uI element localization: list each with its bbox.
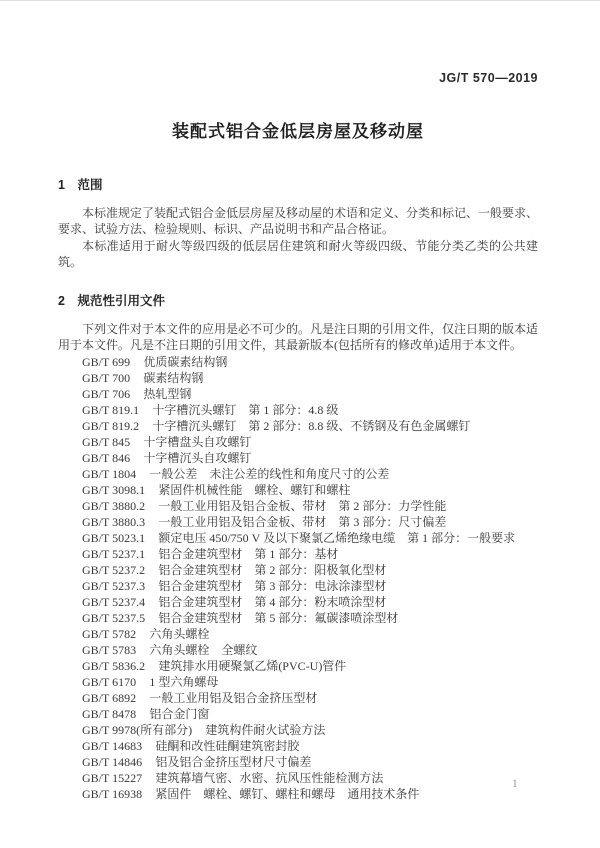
reference-code: GB/T 8478 (82, 707, 136, 721)
reference-row: GB/T 14683硅酮和改性硅酮建筑密封胶 (58, 738, 538, 754)
reference-code: GB/T 846 (82, 451, 130, 465)
reference-code: GB/T 819.1 (82, 403, 139, 417)
reference-code: GB/T 15227 (82, 771, 142, 785)
scope-paragraph-2: 本标准适用于耐火等级四级的低层居住建筑和耐火等级四级、节能分类乙类的公共建筑。 (58, 238, 538, 271)
reference-row: GB/T 61701 型六角螺母 (58, 674, 538, 690)
reference-title: 硅酮和改性硅酮建筑密封胶 (142, 739, 299, 753)
reference-row: GB/T 819.2十字槽沉头螺钉 第 2 部分：8.8 级、不锈钢及有色金属螺… (58, 418, 538, 434)
reference-code: GB/T 5023.1 (82, 531, 145, 545)
reference-code: GB/T 700 (82, 371, 130, 385)
reference-row: GB/T 699优质碳素结构钢 (58, 354, 538, 370)
page-number: 1 (512, 778, 518, 790)
reference-title: 铝合金建筑型材 第 4 部分：粉末喷涂型材 (145, 595, 386, 609)
section-1-heading: 1范围 (58, 177, 538, 193)
reference-title: 六角头螺栓 全螺纹 (136, 643, 257, 657)
reference-code: GB/T 6892 (82, 691, 136, 705)
scope-paragraph-1: 本标准规定了装配式铝合金低层房屋及移动屋的术语和定义、分类和标记、一般要求、要求… (58, 205, 538, 238)
reference-code: GB/T 16938 (82, 787, 142, 801)
reference-row: GB/T 5782六角头螺栓 (58, 626, 538, 642)
reference-title: 十字槽沉头自攻螺钉 (130, 451, 251, 465)
reference-row: GB/T 5836.2建筑排水用硬聚氯乙烯(PVC-U)管件 (58, 658, 538, 674)
reference-code: GB/T 9978(所有部分) (82, 723, 192, 737)
reference-row: GB/T 3880.2一般工业用铝及铝合金板、带材 第 2 部分：力学性能 (58, 498, 538, 514)
reference-code: GB/T 3098.1 (82, 483, 145, 497)
section-2-heading: 2规范性引用文件 (58, 293, 538, 309)
reference-code: GB/T 706 (82, 387, 130, 401)
reference-code: GB/T 3880.2 (82, 499, 145, 513)
reference-row: GB/T 700碳素结构钢 (58, 370, 538, 386)
reference-code: GB/T 819.2 (82, 419, 139, 433)
reference-title: 优质碳素结构钢 (130, 355, 227, 369)
reference-row: GB/T 6892一般工业用铝及铝合金挤压型材 (58, 690, 538, 706)
reference-row: GB/T 5023.1额定电压 450/750 V 及以下聚氯乙烯绝缘电缆 第 … (58, 530, 538, 546)
reference-code: GB/T 699 (82, 355, 130, 369)
reference-title: 铝合金门窗 (136, 707, 209, 721)
reference-row: GB/T 5783六角头螺栓 全螺纹 (58, 642, 538, 658)
reference-row: GB/T 5237.3铝合金建筑型材 第 3 部分：电泳涂漆型材 (58, 578, 538, 594)
reference-row: GB/T 819.1十字槽沉头螺钉 第 1 部分：4.8 级 (58, 402, 538, 418)
reference-row: GB/T 1804一般公差 未注公差的线性和角度尺寸的公差 (58, 466, 538, 482)
reference-title: 额定电压 450/750 V 及以下聚氯乙烯绝缘电缆 第 1 部分：一般要求 (145, 531, 515, 545)
reference-row: GB/T 8478铝合金门窗 (58, 706, 538, 722)
reference-code: GB/T 14846 (82, 755, 142, 769)
section-1-number: 1 (58, 177, 65, 193)
reference-code: GB/T 5836.2 (82, 659, 145, 673)
reference-code: GB/T 845 (82, 435, 130, 449)
section-1-title: 范围 (77, 178, 102, 192)
reference-row: GB/T 16938紧固件 螺栓、螺钉、螺柱和螺母 通用技术条件 (58, 786, 538, 802)
reference-row: GB/T 3880.3一般工业用铝及铝合金板、带材 第 3 部分：尺寸偏差 (58, 514, 538, 530)
reference-title: 热轧型钢 (130, 387, 191, 401)
section-2-title: 规范性引用文件 (77, 294, 165, 308)
document-code: JG/T 570—2019 (58, 71, 538, 85)
reference-title: 一般工业用铝及铝合金板、带材 第 2 部分：力学性能 (145, 499, 446, 513)
reference-code: GB/T 6170 (82, 675, 136, 689)
reference-code: GB/T 5782 (82, 627, 136, 641)
reference-row: GB/T 5237.5铝合金建筑型材 第 5 部分：氟碳漆喷涂型材 (58, 610, 538, 626)
reference-code: GB/T 3880.3 (82, 515, 145, 529)
reference-row: GB/T 706热轧型钢 (58, 386, 538, 402)
reference-title: 铝合金建筑型材 第 2 部分：阳极氧化型材 (145, 563, 386, 577)
standard-document-page: JG/T 570—2019 装配式铝合金低层房屋及移动屋 1范围 本标准规定了装… (0, 0, 600, 848)
reference-title: 铝合金建筑型材 第 1 部分：基材 (145, 547, 338, 561)
reference-row: GB/T 9978(所有部分)建筑构件耐火试验方法 (58, 722, 538, 738)
reference-title: 十字槽盘头自攻螺钉 (130, 435, 251, 449)
reference-row: GB/T 3098.1紧固件机械性能 螺栓、螺钉和螺柱 (58, 482, 538, 498)
reference-code: GB/T 5237.3 (82, 579, 145, 593)
reference-code: GB/T 5237.1 (82, 547, 145, 561)
section-2-number: 2 (58, 293, 65, 309)
reference-row: GB/T 14846铝及铝合金挤压型材尺寸偏差 (58, 754, 538, 770)
reference-code: GB/T 14683 (82, 739, 142, 753)
normative-references-intro: 下列文件对于本文件的应用是必不可少的。凡是注日期的引用文件，仅注日期的版本适用于… (58, 321, 538, 354)
reference-code: GB/T 1804 (82, 467, 136, 481)
reference-title: 铝及铝合金挤压型材尺寸偏差 (142, 755, 311, 769)
reference-code: GB/T 5237.2 (82, 563, 145, 577)
reference-title: 建筑排水用硬聚氯乙烯(PVC-U)管件 (145, 659, 346, 673)
reference-title: 六角头螺栓 (136, 627, 209, 641)
normative-references-list: GB/T 699优质碳素结构钢 GB/T 700碳素结构钢 GB/T 706热轧… (58, 354, 538, 802)
reference-row: GB/T 5237.4铝合金建筑型材 第 4 部分：粉末喷涂型材 (58, 594, 538, 610)
reference-title: 1 型六角螺母 (136, 675, 218, 689)
reference-title: 碳素结构钢 (130, 371, 203, 385)
reference-title: 十字槽沉头螺钉 第 1 部分：4.8 级 (139, 403, 338, 417)
reference-title: 紧固件机械性能 螺栓、螺钉和螺柱 (145, 483, 350, 497)
reference-title: 紧固件 螺栓、螺钉、螺柱和螺母 通用技术条件 (142, 787, 419, 801)
reference-title: 建筑构件耐火试验方法 (192, 723, 325, 737)
reference-code: GB/T 5783 (82, 643, 136, 657)
reference-title: 十字槽沉头螺钉 第 2 部分：8.8 级、不锈钢及有色金属螺钉 (139, 419, 470, 433)
reference-row: GB/T 5237.2铝合金建筑型材 第 2 部分：阳极氧化型材 (58, 562, 538, 578)
reference-row: GB/T 15227建筑幕墙气密、水密、抗风压性能检测方法 (58, 770, 538, 786)
page-title: 装配式铝合金低层房屋及移动屋 (58, 121, 538, 143)
reference-title: 建筑幕墙气密、水密、抗风压性能检测方法 (142, 771, 383, 785)
reference-row: GB/T 846十字槽沉头自攻螺钉 (58, 450, 538, 466)
reference-title: 铝合金建筑型材 第 5 部分：氟碳漆喷涂型材 (145, 611, 398, 625)
reference-title: 一般公差 未注公差的线性和角度尺寸的公差 (136, 467, 389, 481)
reference-row: GB/T 5237.1铝合金建筑型材 第 1 部分：基材 (58, 546, 538, 562)
reference-code: GB/T 5237.5 (82, 611, 145, 625)
reference-title: 一般工业用铝及铝合金挤压型材 (136, 691, 317, 705)
reference-title: 铝合金建筑型材 第 3 部分：电泳涂漆型材 (145, 579, 386, 593)
reference-code: GB/T 5237.4 (82, 595, 145, 609)
reference-title: 一般工业用铝及铝合金板、带材 第 3 部分：尺寸偏差 (145, 515, 446, 529)
reference-row: GB/T 845十字槽盘头自攻螺钉 (58, 434, 538, 450)
